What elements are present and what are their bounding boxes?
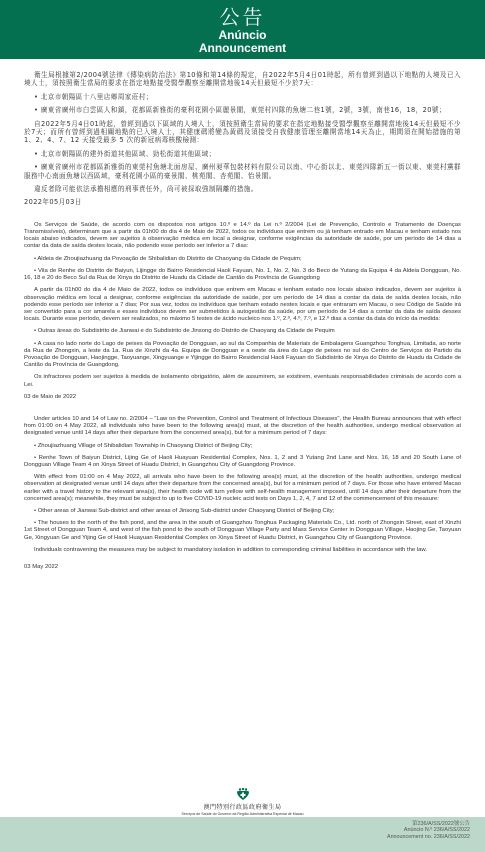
- en-intro: Under articles 10 and 14 of Law no. 2/20…: [24, 416, 461, 438]
- announcement-header: 公告 Anúncio Announcement: [0, 0, 485, 59]
- pt-date: 03 de Maio de 2022: [24, 394, 461, 401]
- title-en: Announcement: [0, 42, 485, 55]
- section-pt: Os Serviços de Saúde, de acordo com os d…: [24, 222, 461, 401]
- spacer: [24, 406, 461, 416]
- pt-closing: Os infractores podem ser sujeitos à medi…: [24, 374, 461, 388]
- en-date: 03 May 2022: [24, 564, 461, 571]
- title-zh: 公告: [0, 0, 485, 29]
- en-paragraph-2: With effect from 01:00 on 4 May 2022, al…: [24, 474, 461, 503]
- org-name-zh: 澳門特別行政區政府衛生局: [0, 804, 485, 812]
- zh-bullet-1: • 北京市朝陽區十八里店鄉周家莊村；: [24, 93, 461, 101]
- section-en: Under articles 10 and 14 of Law no. 2/20…: [24, 416, 461, 571]
- zh-closing: 違反者除可能依法承擔相應的刑事責任外，尚可被採取強制隔離的措施。: [24, 185, 461, 193]
- pt-bullet-2: • Vila de Renhe do Distrito de Baiyun, L…: [24, 268, 461, 282]
- en-closing: Individuals contravening the measures ma…: [24, 547, 461, 554]
- footer-reference-bar: 第236/A/SS/2022號公告 Anúncio N.º 236/A/SS/2…: [0, 817, 485, 852]
- section-zh: 衛生局根據第2/2004號法律《傳染病防治法》第10條和第14條的規定，自202…: [24, 71, 461, 207]
- reference-numbers: 第236/A/SS/2022號公告 Anúncio N.º 236/A/SS/2…: [387, 821, 470, 840]
- zh-bullet-2: • 廣東省廣州市白雲區人和鎮，花都區新雅街的豪利花園小區麗景閣，東莞村四隊的魚塘…: [24, 106, 461, 114]
- zh-bullet-3: • 北京市朝陽區的建外街道其他區域、勁松街道其他區域；: [24, 150, 461, 158]
- pt-bullet-3: • Outras áreas do Subdistrito de Jianwai…: [24, 328, 461, 335]
- zh-paragraph-2: 自2022年5月4日01時起，曾經到過以下區域的人境人士，須按照衛生當局的要求在…: [24, 120, 461, 145]
- pt-paragraph-2: A partir da 01h00 do dia 4 de Maio de 20…: [24, 287, 461, 323]
- reference-en: Announcement no. 236/A/SS/2022: [387, 834, 470, 840]
- en-bullet-3: • Other areas of Jianwai Sub-district an…: [24, 508, 461, 515]
- org-name-pt: Serviços de Saúde do Governo da Região A…: [0, 812, 485, 816]
- footer-logo: 澳門特別行政區政府衛生局 Serviços de Saúde do Govern…: [0, 785, 485, 816]
- en-bullet-4: • The houses to the north of the fish po…: [24, 520, 461, 542]
- pt-bullet-1: • Aldeia de Zhoujiazhuang da Povoação de…: [24, 256, 461, 263]
- pt-bullet-4: • A casa no lado norte do Lago de peixes…: [24, 341, 461, 370]
- announcement-body: 衛生局根據第2/2004號法律《傳染病防治法》第10條和第14條的規定，自202…: [0, 59, 485, 571]
- zh-date: 2022年05月03日: [24, 198, 461, 206]
- zh-bullet-4: • 廣東省廣州市花都區新雅街的東莞村魚塘北面房屋、廣州昶華包裝材料有限公司以南、…: [24, 163, 461, 180]
- pt-intro: Os Serviços de Saúde, de acordo com os d…: [24, 222, 461, 251]
- en-bullet-2: • Renhe Town of Baiyun District, Lijing …: [24, 455, 461, 469]
- spacer: [24, 212, 461, 222]
- health-bureau-emblem-icon: [236, 785, 250, 797]
- en-bullet-1: • Zhoujiazhuang Village of Shibalidian T…: [24, 443, 461, 450]
- zh-intro: 衛生局根據第2/2004號法律《傳染病防治法》第10條和第14條的規定，自202…: [24, 71, 461, 88]
